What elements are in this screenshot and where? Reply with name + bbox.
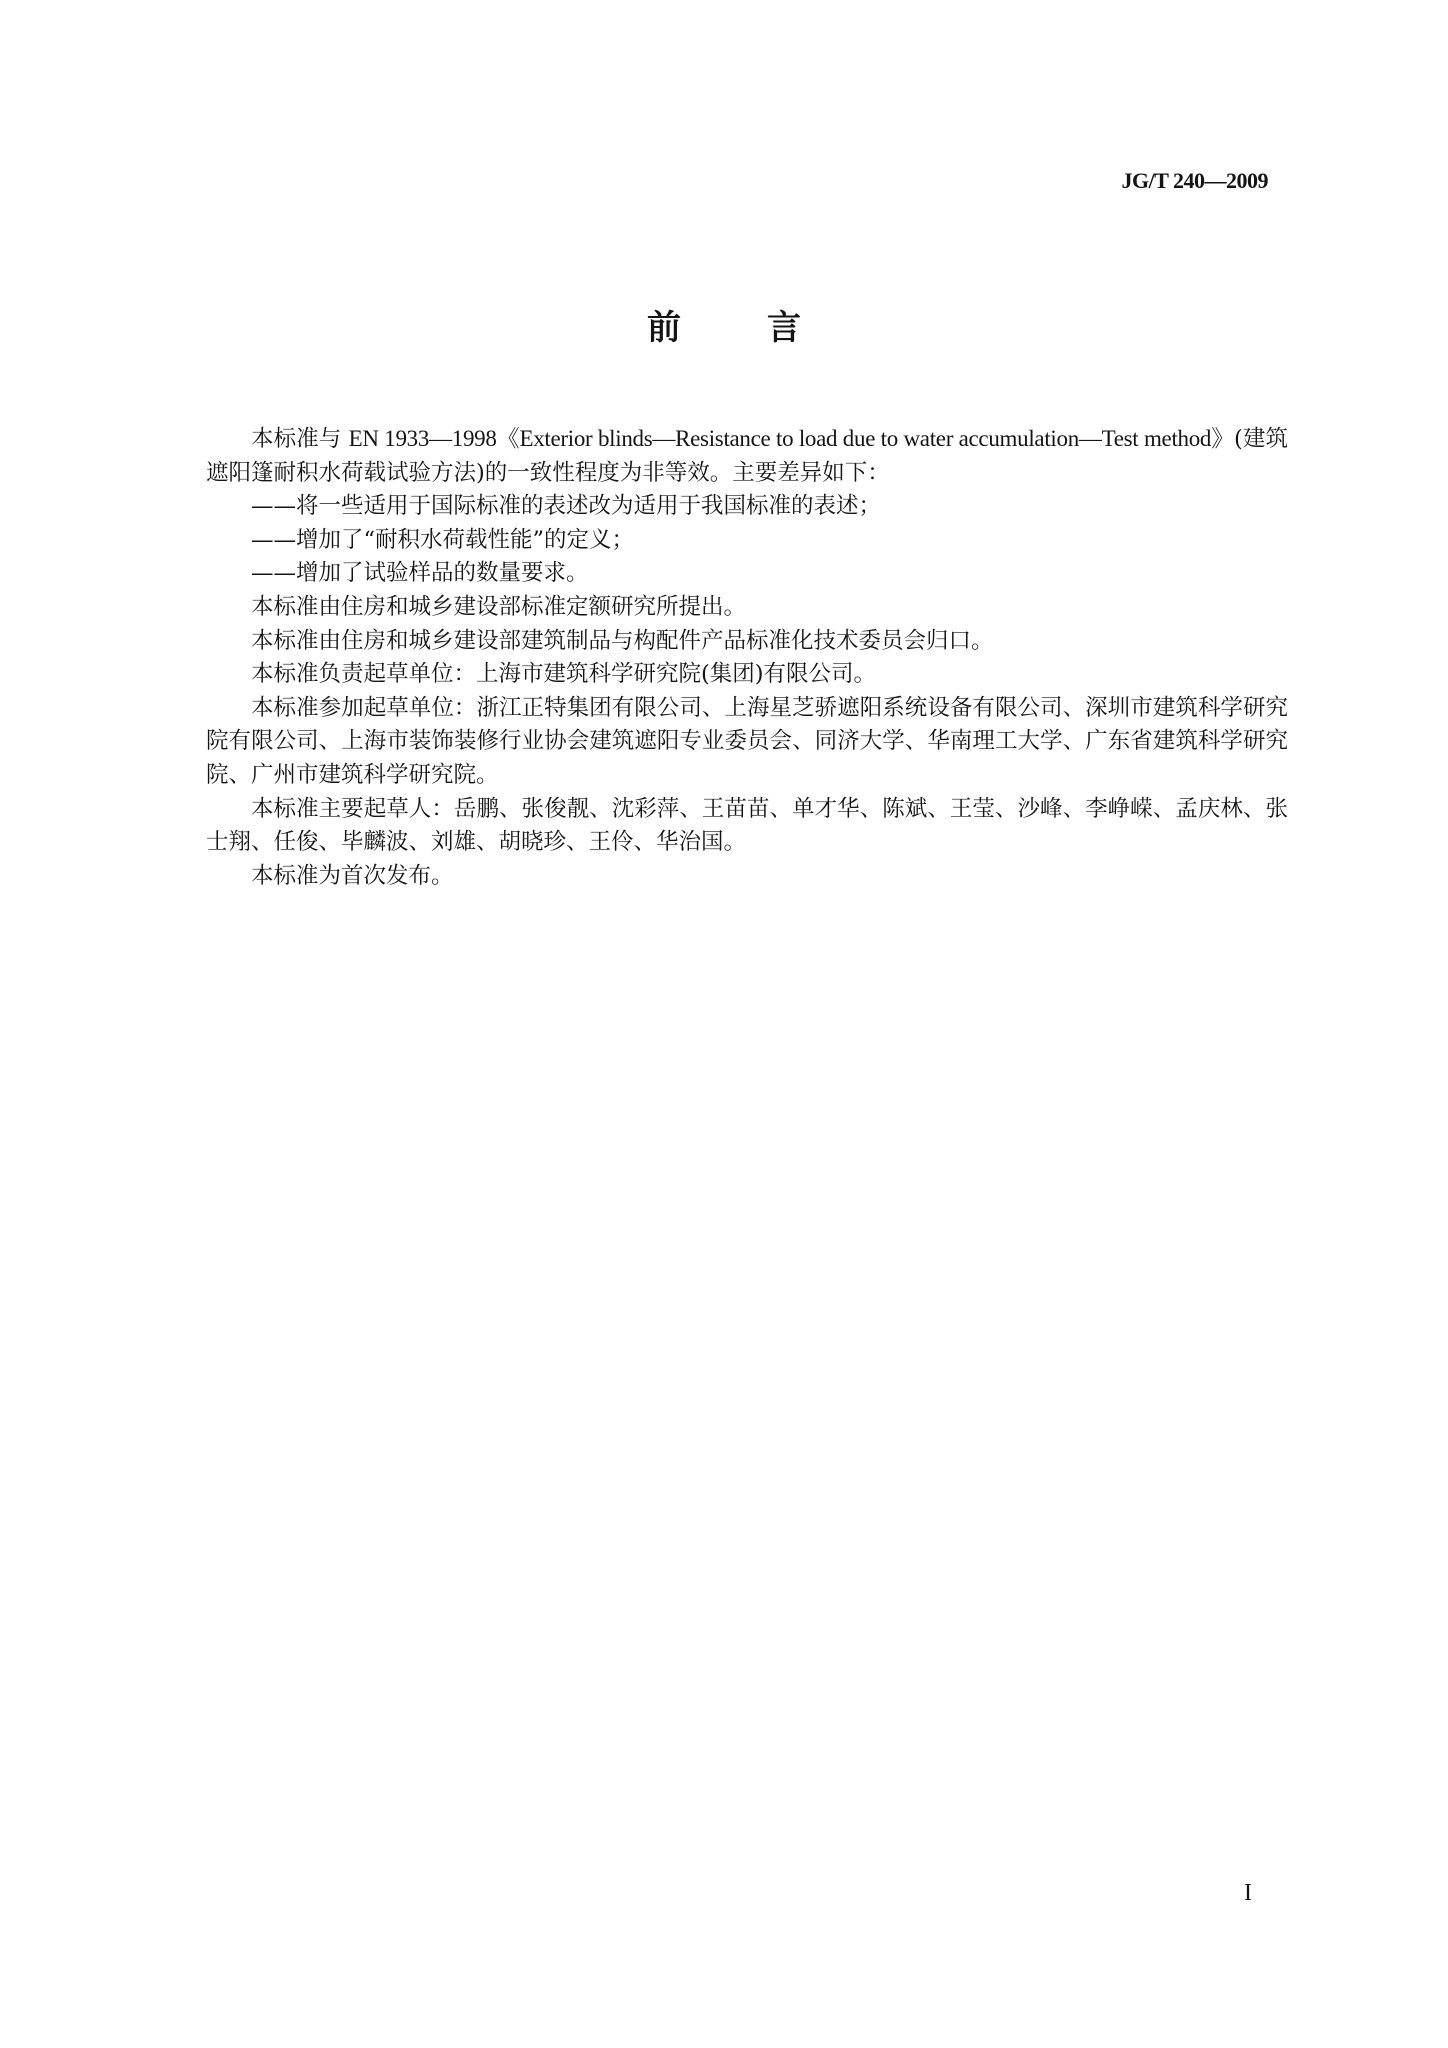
page-title: 前言 (0, 300, 1448, 349)
paragraph-equivalence-reference: EN 1933—1998《Exterior blinds—Resistance … (349, 426, 1234, 451)
difference-item: ——将一些适用于国际标准的表述改为适用于我国标准的表述； (206, 490, 1288, 524)
paragraph-equivalence: 本标准与 EN 1933—1998《Exterior blinds—Resist… (206, 422, 1288, 490)
title-char-1: 前 (647, 300, 681, 349)
page-number: I (1244, 1880, 1252, 1907)
paragraph-centralized-by: 本标准由住房和城乡建设部建筑制品与构配件产品标准化技术委员会归口。 (206, 625, 1288, 659)
paragraph-proposed-by: 本标准由住房和城乡建设部标准定额研究所提出。 (206, 591, 1288, 625)
paragraph-main-drafters: 本标准主要起草人：岳鹏、张俊靓、沈彩萍、王苗苗、单才华、陈斌、王莹、沙峰、李峥嵘… (206, 793, 1288, 860)
difference-item: ——增加了“耐积水荷载性能”的定义； (206, 524, 1288, 558)
paragraph-lead-drafter: 本标准负责起草单位：上海市建筑科学研究院(集团)有限公司。 (206, 658, 1288, 692)
paragraph-participating-drafters: 本标准参加起草单位：浙江正特集团有限公司、上海星芝骄遮阳系统设备有限公司、深圳市… (206, 692, 1288, 793)
title-char-2: 言 (767, 300, 801, 349)
paragraph-first-release: 本标准为首次发布。 (206, 860, 1288, 894)
foreword-body: 本标准与 EN 1933—1998《Exterior blinds—Resist… (206, 422, 1288, 893)
standard-code: JG/T 240—2009 (1121, 168, 1268, 194)
difference-item: ——增加了试验样品的数量要求。 (206, 557, 1288, 591)
paragraph-equivalence-prefix: 本标准与 (251, 426, 349, 452)
